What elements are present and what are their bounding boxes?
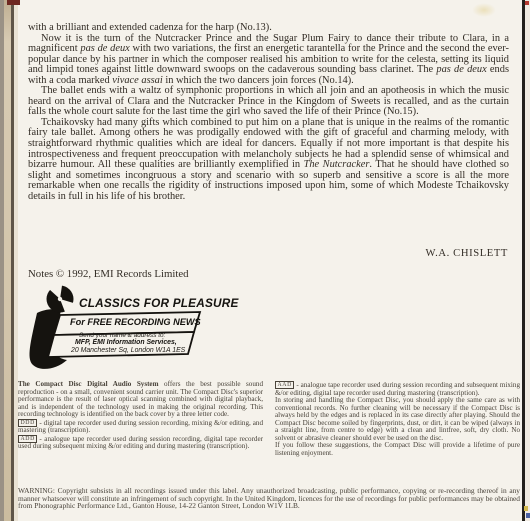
notes-copyright-line: Notes © 1992, EMI Records Limited [28, 268, 189, 280]
tech-notes-left-column: The Compact Disc Digital Audio System of… [18, 381, 263, 457]
tech-notes-right-column: AAD- analogue tape recorder used during … [275, 381, 520, 457]
paragraph: Now it is the turn of the Nutcracker Pri… [28, 34, 509, 87]
code-ddd-entry: DDD- digital tape recorder used during s… [18, 419, 263, 435]
code-aad-description: - analogue tape recorder used during ses… [275, 381, 520, 397]
code-add-description: - analogue tape recorder used during ses… [18, 435, 263, 451]
scan-speck-yellow [524, 506, 528, 511]
care-instructions: In storing and handling the Compact Disc… [275, 397, 520, 442]
tech-notes-section: The Compact Disc Digital Audio System of… [18, 381, 520, 457]
code-add-entry: ADD- analogue tape recorder used during … [18, 435, 263, 451]
code-ddd-description: - digital tape recorder used during sess… [18, 419, 263, 435]
cd-system-intro: The Compact Disc Digital Audio System of… [18, 381, 263, 419]
code-aad-entry: AAD- analogue tape recorder used during … [275, 381, 520, 397]
copyright-warning-text: WARNING: Copyright subsists in all recor… [18, 487, 520, 510]
left-scan-edge-tan [4, 0, 11, 521]
banner-address-line: Send your name & address to: [79, 332, 165, 339]
booklet-page: with a brilliant and extended cadenza fo… [0, 0, 530, 521]
scan-speck-red [525, 1, 529, 5]
paper-stain [472, 3, 496, 17]
free-recording-news-title: For FREE RECORDING NEWS [70, 317, 201, 327]
paragraph: The ballet ends with a waltz of symphoni… [28, 86, 509, 118]
paragraph: Tchaikovsky had many gifts which combine… [28, 118, 509, 202]
banner-address-line: MFP, EMI Information Services, [75, 339, 177, 346]
right-scan-edge [525, 0, 530, 521]
care-conclusion: If you follow these suggestions, the Com… [275, 442, 520, 457]
top-left-corner-chip [7, 0, 20, 5]
brand-name: CLASSICS FOR PLEASURE [79, 296, 239, 310]
banner-address-line: 20 Manchester Sq, London W1A 1ES [71, 347, 185, 354]
author-signature: W.A. CHISLETT [426, 248, 508, 259]
liner-notes-text: with a brilliant and extended cadenza fo… [28, 23, 509, 202]
scan-speck-blue [526, 513, 530, 518]
